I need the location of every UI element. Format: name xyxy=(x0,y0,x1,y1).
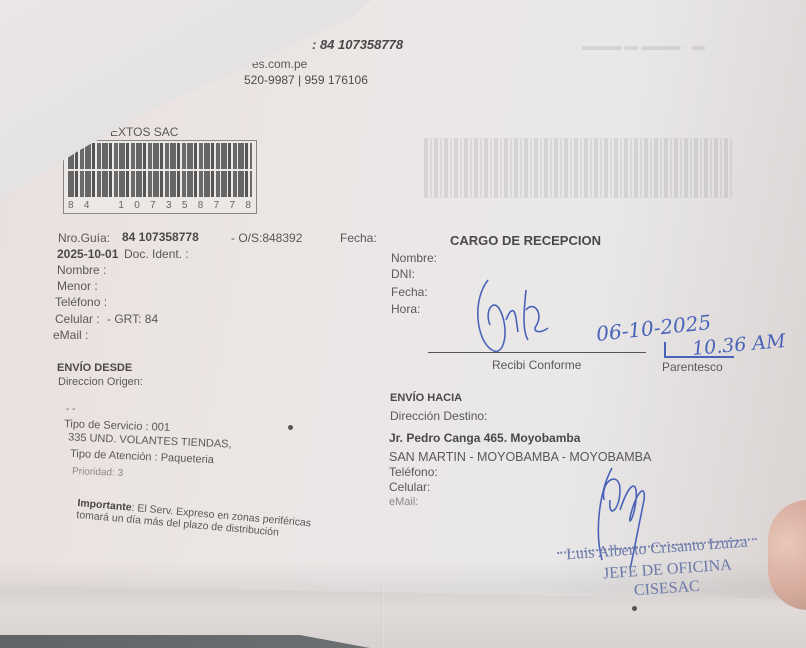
header-guide-number: : 84 107358778 xyxy=(312,38,403,51)
recepcion-dni-label: DNI: xyxy=(391,268,415,280)
receiver-signature xyxy=(470,270,560,360)
cargo-recepcion-title: CARGO DE RECEPCION xyxy=(450,234,601,247)
destino-email-label: eMail: xyxy=(389,497,418,508)
fecha-label: Fecha: xyxy=(340,232,377,244)
barcode-digit: 1 xyxy=(118,200,125,211)
celular-label: Celular : xyxy=(55,313,100,325)
telefono-label: Teléfono : xyxy=(55,296,107,308)
barcode-digits: 8 4 1 0 7 3 5 8 7 7 8 xyxy=(68,200,252,211)
ink-dot xyxy=(632,606,637,611)
fecha-value: 2025-10-01 xyxy=(57,248,118,260)
barcode-digit: 8 xyxy=(68,200,75,211)
parentesco-label: Parentesco xyxy=(662,361,723,373)
barcode-digit: 7 xyxy=(150,200,157,211)
destino-telefono-label: Teléfono: xyxy=(389,466,438,478)
direccion-origen-label: Direccion Origen: xyxy=(58,377,143,388)
direccion-destino-label: Dirección Destino: xyxy=(390,410,487,422)
barcode-digit: 4 xyxy=(84,200,91,211)
doc-ident-label: Doc. Ident. : xyxy=(124,248,189,260)
company-name: EXTOS SAC xyxy=(110,126,178,138)
barcode-digit: 5 xyxy=(182,200,189,211)
recepcion-nombre-label: Nombre: xyxy=(391,252,437,264)
bleed-through-title: ▬▬▬ ▬ ▬▬▬ · ▬ xyxy=(582,38,705,53)
barcode-digit: 3 xyxy=(166,200,173,211)
barcode-digit: 8 xyxy=(198,200,205,211)
barcode-digit: 8 xyxy=(245,200,252,211)
recepcion-fecha-label: Fecha: xyxy=(391,286,428,298)
header-phones: 520-9987 | 959 176106 xyxy=(244,74,368,86)
handwritten-underline xyxy=(664,356,734,358)
paper-crease xyxy=(382,0,384,648)
envio-desde-title: ENVÍO DESDE xyxy=(57,363,132,374)
ink-dot xyxy=(288,425,293,430)
direccion-destino-value: Jr. Pedro Canga 465. Moyobamba xyxy=(389,432,580,444)
grt-value: - GRT: 84 xyxy=(107,313,158,325)
signature-line xyxy=(428,352,646,353)
menor-label: Menor : xyxy=(57,280,98,292)
nombre-label: Nombre : xyxy=(57,264,106,276)
envio-hacia-title: ENVÍO HACIA xyxy=(390,393,462,404)
barcode-digit: 7 xyxy=(214,200,221,211)
recibi-conforme-label: Recibi Conforme xyxy=(492,359,581,371)
nro-guia-label: Nro.Guía: xyxy=(58,232,110,244)
barcode: 8 4 1 0 7 3 5 8 7 7 8 xyxy=(63,140,257,214)
direccion-origen-value: - - xyxy=(66,405,75,415)
email-label: eMail : xyxy=(53,329,88,341)
nro-guia-value: 84 107358778 xyxy=(122,231,199,243)
destino-celular-label: Celular: xyxy=(389,481,430,493)
prioridad: Prioridad: 3 xyxy=(72,467,123,479)
os-number: - O/S:848392 xyxy=(231,232,302,244)
barcode-digit: 0 xyxy=(134,200,141,211)
bleed-through-barcode xyxy=(424,138,734,198)
document-photo: : 84 107358778 es.com.pe 520-9987 | 959 … xyxy=(0,0,806,648)
barcode-bars xyxy=(68,143,252,197)
recepcion-hora-label: Hora: xyxy=(391,303,420,315)
barcode-digit: 7 xyxy=(230,200,237,211)
